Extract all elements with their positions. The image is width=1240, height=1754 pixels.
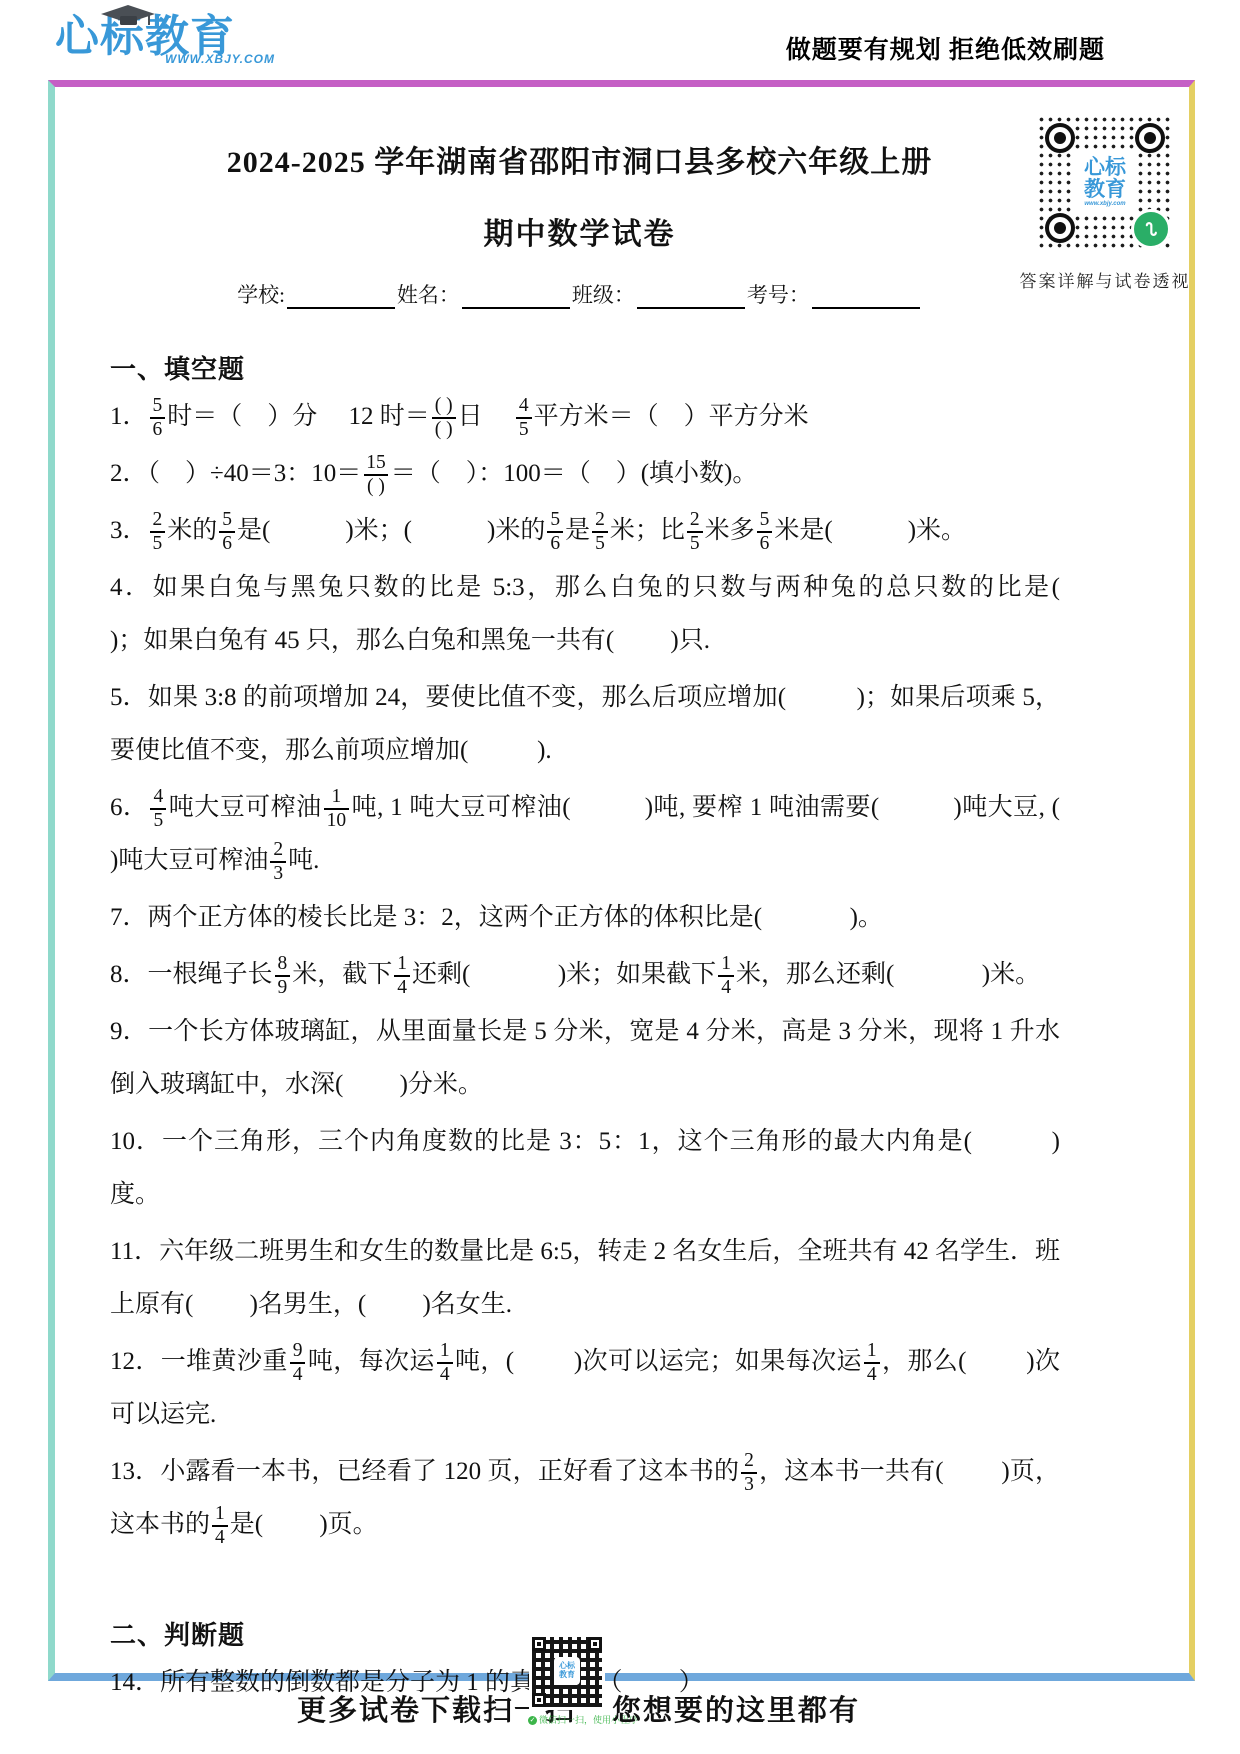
- answer-qr-panel: 心标 教育 www.xbjy.com 答案详解与试卷透视: [1010, 115, 1200, 292]
- examno-blank: [812, 287, 920, 309]
- class-blank: [637, 287, 745, 309]
- name-blank: [462, 287, 570, 309]
- school-blank: [287, 287, 395, 309]
- qr-code: 心标 教育 www.xbjy.com: [1037, 115, 1173, 251]
- question: 13．小露看一本书，已经看了 120 页，正好看了这本书的23，这本书一共有( …: [110, 1445, 1060, 1551]
- fraction: ( )( ): [432, 396, 456, 441]
- paper-title-line1: 2024-2025 学年湖南省邵阳市洞口县多校六年级上册: [110, 137, 1049, 181]
- fraction: 14: [394, 954, 410, 999]
- paper-title-line2: 期中数学试卷: [110, 209, 1049, 253]
- fraction: 89: [275, 954, 291, 999]
- fraction: 110: [324, 787, 350, 832]
- fraction: 25: [150, 510, 166, 555]
- footer-qr-center-logo: 心标 教育: [554, 1657, 580, 1685]
- fraction: 56: [150, 396, 166, 441]
- check-icon: ✓: [528, 1716, 537, 1725]
- fraction: 56: [219, 510, 235, 555]
- section-fill-in-blanks: 一、填空题 1．56时＝（ ）分 12 时＝( )( )日 45平方米＝（ ）平…: [110, 349, 1049, 1551]
- question: 9．一个长方体玻璃缸，从里面量长是 5 分米，宽是 4 分米，高是 3 分米，现…: [110, 1005, 1060, 1111]
- question: 10．一个三角形，三个内角度数的比是 3：5：1，这个三角形的最大内角是( )度…: [110, 1115, 1060, 1221]
- fraction: 45: [150, 787, 166, 832]
- fraction: 56: [547, 510, 563, 555]
- fraction: 45: [516, 396, 532, 441]
- footer-qr-panel: 心标 教育 ✓微信扫一扫，使用小程序: [528, 1634, 606, 1726]
- question: 3．25米的56是( )米；( )米的56是25米；比25米多56米是( )米。: [110, 504, 1060, 557]
- fraction: 94: [290, 1341, 306, 1386]
- qr-caption: 答案详解与试卷透视: [1010, 267, 1200, 292]
- question: 2．（ ）÷40＝3：10＝15( )＝（ ）：100＝（ ）(填小数)。: [110, 447, 1060, 500]
- fraction: 25: [687, 510, 703, 555]
- qr-center-logo: 心标 教育 www.xbjy.com: [1073, 149, 1137, 215]
- fraction: 23: [741, 1451, 757, 1496]
- qr-marker-icon: [1045, 213, 1075, 243]
- brand-logo: 心标教育 WWW.XBJY.COM: [55, 14, 275, 66]
- question: 11．六年级二班男生和女生的数量比是 6:5，转走 2 名女生后，全班共有 42…: [110, 1225, 1060, 1331]
- question: 4．如果白兔与黑兔只数的比是 5:3，那么白兔的只数与两种兔的总只数的比是( )…: [110, 561, 1060, 667]
- fraction: 14: [212, 1504, 228, 1549]
- name-label: 姓名：: [397, 279, 460, 309]
- question-list: 1．56时＝（ ）分 12 时＝( )( )日 45平方米＝（ ）平方分米2．（…: [110, 390, 1060, 1551]
- question: 6．45吨大豆可榨油110吨, 1 吨大豆可榨油( )吨, 要榨 1 吨油需要(…: [110, 781, 1060, 887]
- fraction: 23: [270, 840, 286, 885]
- question: 5．如果 3:8 的前项增加 24，要使比值不变，那么后项应增加( )；如果后项…: [110, 671, 1060, 777]
- qr-marker-icon: [588, 1637, 602, 1651]
- question: 8．一根绳子长89米，截下14还剩( )米；如果截下14米，那么还剩( )米。: [110, 948, 1060, 1001]
- student-info-form: 学校: 姓名： 班级： 考号：: [110, 279, 1049, 309]
- fraction: 15( ): [363, 453, 389, 498]
- fraction: 14: [437, 1341, 453, 1386]
- question: 7．两个正方体的棱长比是 3：2，这两个正方体的体积比是( )。: [110, 891, 1060, 944]
- page-frame: 心标 教育 www.xbjy.com 答案详解与试卷透视 2024-2025 学…: [48, 80, 1195, 1681]
- question: 1．56时＝（ ）分 12 时＝( )( )日 45平方米＝（ ）平方分米: [110, 390, 1060, 443]
- fraction: 14: [864, 1341, 880, 1386]
- footer-qr-code: 心标 教育: [529, 1634, 605, 1710]
- qr-marker-icon: [532, 1637, 546, 1651]
- footer-qr-caption: ✓微信扫一扫，使用小程序: [528, 1713, 606, 1726]
- qr-marker-icon: [532, 1693, 546, 1707]
- examno-label: 考号：: [747, 279, 810, 309]
- fraction: 14: [718, 954, 734, 999]
- school-label: 学校:: [237, 279, 285, 309]
- fraction: 56: [757, 510, 773, 555]
- miniprogram-icon: [1131, 209, 1171, 249]
- header-slogan: 做题要有规划 拒绝低效刷题: [786, 30, 1105, 66]
- fraction: 25: [592, 510, 608, 555]
- qr-marker-icon: [1045, 123, 1075, 153]
- footer-promo-text: 您想要的这里都有: [612, 1688, 860, 1729]
- qr-marker-icon: [1135, 123, 1165, 153]
- graduation-cap-icon: [101, 5, 155, 34]
- question: 12．一堆黄沙重94吨，每次运14吨，( )次可以运完；如果每次运14，那么( …: [110, 1335, 1060, 1441]
- section-heading: 一、填空题: [110, 349, 1049, 386]
- class-label: 班级：: [572, 279, 635, 309]
